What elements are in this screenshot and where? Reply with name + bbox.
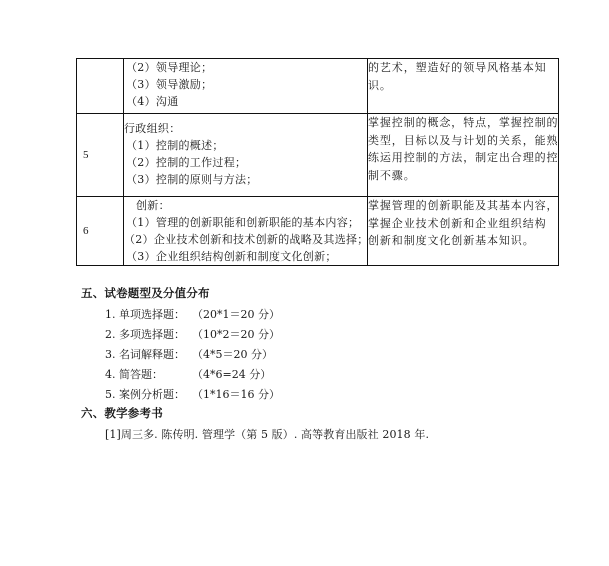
content-item: （2）领导理论； (124, 59, 367, 76)
goal-line: 掌握企业技术创新和企业组织结构 (368, 215, 558, 233)
content-title: 行政组织： (124, 120, 367, 137)
content-item: （1）管理的创新职能和创新职能的基本内容； (124, 214, 367, 231)
score-item: 5. 案例分析题：（1*16＝16 分） (105, 385, 280, 405)
table-row: 6 创新： （1）管理的创新职能和创新职能的基本内容； （2）企业技术创新和技术… (77, 197, 559, 266)
score-value: （1*16＝16 分） (192, 385, 280, 405)
content-item: （4）沟通 (124, 93, 367, 110)
score-value: （4*6=24 分） (192, 365, 271, 385)
syllabus-table: （2）领导理论； （3）领导激励； （4）沟通 的艺术，塑造好的领导风格基本知 … (76, 58, 559, 266)
goal-cell: 的艺术，塑造好的领导风格基本知 识。 (368, 59, 559, 114)
question-type-label: 1. 单项选择题： (105, 305, 192, 325)
content-cell: 创新： （1）管理的创新职能和创新职能的基本内容； （2）企业技术创新和技术创新… (124, 197, 368, 266)
score-value: （10*2＝20 分） (192, 325, 280, 345)
table-row: 5 行政组织： （1）控制的概述； （2）控制的工作过程； （3）控制的原则与方… (77, 114, 559, 197)
reference-entry: [1]周三多. 陈传明. 管理学（第 5 版）. 高等教育出版社 2018 年. (105, 426, 429, 442)
table-row: （2）领导理论； （3）领导激励； （4）沟通 的艺术，塑造好的领导风格基本知 … (77, 59, 559, 114)
question-type-label: 5. 案例分析题： (105, 385, 192, 405)
question-type-label: 2. 多项选择题： (105, 325, 192, 345)
score-value: （20*1＝20 分） (192, 305, 280, 325)
content-title: 创新： (124, 197, 367, 214)
content-item: （2）控制的工作过程； (124, 154, 367, 171)
row-number: 5 (77, 114, 124, 197)
goal-line: 识。 (368, 77, 558, 95)
score-value: （4*5＝20 分） (192, 345, 273, 365)
row-number (77, 59, 124, 114)
goal-line: 创新和制度文化创新基本知识。 (368, 232, 558, 250)
goal-cell: 掌握管理的创新职能及其基本内容， 掌握企业技术创新和企业组织结构 创新和制度文化… (368, 197, 559, 266)
document-page: （2）领导理论； （3）领导激励； （4）沟通 的艺术，塑造好的领导风格基本知 … (0, 0, 609, 566)
content-item: （3）领导激励； (124, 76, 367, 93)
goal-line: 练运用控制的方法，制定出合理的控 (368, 149, 558, 167)
score-distribution-list: 1. 单项选择题：（20*1＝20 分） 2. 多项选择题：（10*2＝20 分… (105, 305, 280, 405)
question-type-label: 3. 名词解释题： (105, 345, 192, 365)
question-type-label: 4. 简答题： (105, 365, 192, 385)
content-cell: 行政组织： （1）控制的概述； （2）控制的工作过程； （3）控制的原则与方法； (124, 114, 368, 197)
content-item: （2）企业技术创新和技术创新的战略及其选择； (124, 231, 367, 248)
content-cell: （2）领导理论； （3）领导激励； （4）沟通 (124, 59, 368, 114)
section-heading-exam-format: 五、试卷题型及分值分布 (81, 285, 210, 301)
goal-cell: 掌握控制的概念，特点，掌握控制的 类型，目标以及与计划的关系，能熟 练运用控制的… (368, 114, 559, 197)
goal-line: 的艺术，塑造好的领导风格基本知 (368, 59, 558, 77)
score-item: 4. 简答题：（4*6=24 分） (105, 365, 280, 385)
row-number: 6 (77, 197, 124, 266)
content-item: （1）控制的概述； (124, 137, 367, 154)
content-item: （3）企业组织结构创新和制度文化创新； (124, 248, 367, 265)
score-item: 3. 名词解释题：（4*5＝20 分） (105, 345, 280, 365)
goal-line: 掌握控制的概念，特点，掌握控制的 (368, 114, 558, 132)
content-item: （3）控制的原则与方法； (124, 171, 367, 188)
goal-line: 掌握管理的创新职能及其基本内容， (368, 197, 558, 215)
section-heading-references: 六、教学参考书 (81, 405, 163, 421)
score-item: 2. 多项选择题：（10*2＝20 分） (105, 325, 280, 345)
goal-line: 类型，目标以及与计划的关系，能熟 (368, 132, 558, 150)
score-item: 1. 单项选择题：（20*1＝20 分） (105, 305, 280, 325)
goal-line: 制不骤。 (368, 167, 558, 185)
